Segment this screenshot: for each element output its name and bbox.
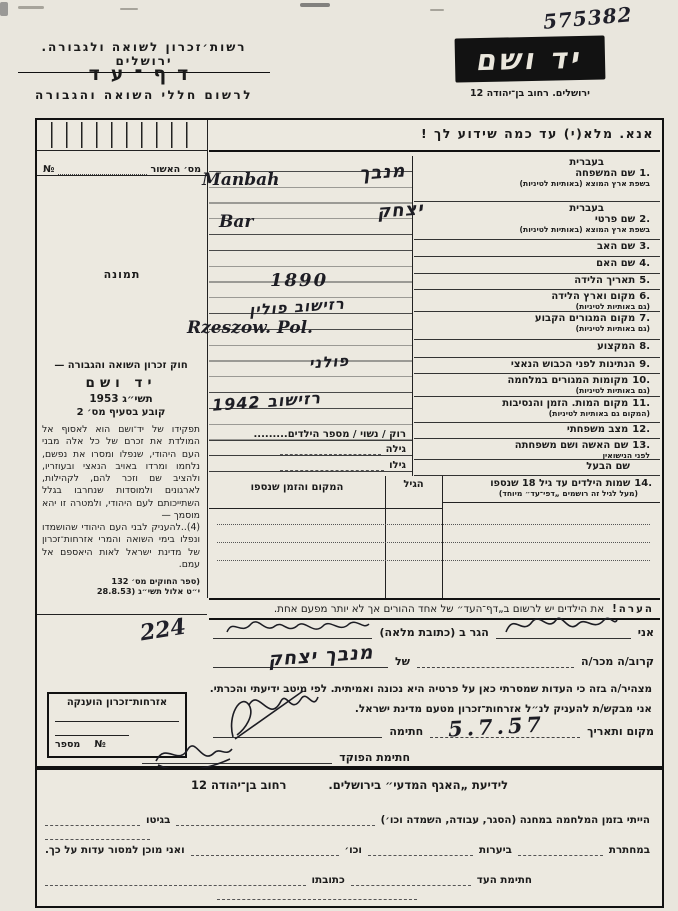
ghetto-blank <box>45 816 140 826</box>
field-9-citizenship: 9.הנתינות לפני הכבוש הנאצי <box>414 358 660 374</box>
field-2-first-name: בעברית 2.שם פרטי בשפת ארץ המוצא (באותיות… <box>414 202 660 240</box>
law-excerpt-box: חוק זכרון השואה והגבורה — יד ושם תשי״ג 1… <box>42 360 200 596</box>
law-reference-2: י״ט אלול תשי״ג (28.8.53 <box>42 586 200 596</box>
witness-address-continuation <box>217 890 417 900</box>
field-7-permanent-residence: 7.מקום המגורים הקבוע (גם באותיות לטיניות… <box>414 312 660 340</box>
witness-signature <box>225 685 321 743</box>
children-place-column-header: המקום והזמן שנספו <box>213 482 381 493</box>
wartime-camp-row: הייתי בזמן המלחמה במחנה (הסגר, עבודה, הש… <box>45 814 650 826</box>
field-4-mother-name: 4.שם האם <box>414 257 660 274</box>
handwritten-first-name-latin: Bar <box>219 212 253 232</box>
scan-speck <box>300 3 330 7</box>
field-husband-name: שם הבעל <box>414 460 660 476</box>
official-signature-blank <box>142 750 332 764</box>
forests-blank <box>368 846 473 856</box>
table-names-divider <box>442 476 443 598</box>
law-year: תשי״ג 1953 <box>42 393 200 405</box>
official-signature-row: חתימת הפוקד <box>142 750 410 764</box>
children-age-column-header: הגיל <box>385 479 442 490</box>
logo-address: ירושלים. רחוב בן־יהודה 12 <box>449 88 611 99</box>
table-header-rule <box>209 508 442 509</box>
law-name: יד ושם <box>42 375 200 391</box>
camp-blank <box>176 816 374 826</box>
scan-speck <box>430 9 444 11</box>
photo-placeholder-label: תמונה <box>37 268 207 281</box>
scan-speck <box>120 8 138 10</box>
field-6-birth-place: 6.מקום וארץ הלידה (גם באותיות לטיניות) <box>414 290 660 312</box>
left-column-divider <box>207 120 208 598</box>
handwritten-first-name-hebrew: יצחק <box>376 198 424 222</box>
underground-row: במחתרת ביערות וכו׳ ואני מוכן למסור עדות … <box>45 844 650 856</box>
grant-box-line <box>55 722 129 736</box>
grant-no-sign: № <box>94 739 105 750</box>
wife-age-row: גילה <box>209 441 412 456</box>
field-14-children-names: 14. שמות הילדים עד גיל 18 שנספו (מעל לגי… <box>442 476 660 503</box>
tick-strip-rule <box>37 150 207 151</box>
scanned-page-of-testimony: { "scan": { "serial_handwritten": "57538… <box>0 0 678 911</box>
declarant-name-signature <box>502 610 620 640</box>
marital-status-options: רוק / נשוי / מספר הילדים......... <box>209 425 412 441</box>
field-1-family-name: בעברית 1.שם המשפחה בשפת ארץ המוצא (באותי… <box>414 156 660 202</box>
wife-age-blank <box>280 445 381 455</box>
ghetto-blank-continuation <box>45 830 150 840</box>
approval-number-label: מס׳ האשור <box>151 164 201 175</box>
grant-box-title: אזרחות־זכרון הוענקה <box>55 697 179 708</box>
witness-address-blank <box>45 876 306 886</box>
scan-speck <box>0 2 8 16</box>
grant-number-label: מספר <box>55 739 80 750</box>
form-subtitle: לרשום חללי השואה והגבורה <box>18 88 270 102</box>
law-body: תפקידו של יד־ושם הוא לאסוף אל המולדת את … <box>42 424 200 571</box>
handwritten-relative-of: מנבך יצחק <box>268 641 375 670</box>
declarant-address-blank <box>213 625 372 639</box>
grant-box-line <box>55 708 179 722</box>
field-3-father-name: 3.שם האב <box>414 240 660 257</box>
witness-signature-blank <box>351 876 471 886</box>
main-form-box: אנא. מלא(י) עד כמה שידוע לך ! מס׳ האשור … <box>35 118 664 768</box>
relative-blank <box>417 654 574 668</box>
field-8-profession: 8.המקצוע <box>414 340 660 358</box>
yad-vashem-logo: יד ושם <box>455 35 606 82</box>
tick-strip <box>51 122 195 148</box>
field-13-wife-name: 13.שם האשה ושם משפחתה לפני הנישואין <box>414 439 660 460</box>
scan-speck <box>18 6 44 9</box>
table-dotted-row <box>217 524 650 525</box>
etc-blank <box>191 846 339 856</box>
table-dotted-row <box>217 542 650 543</box>
scientific-branch-box: לידיעת „האגף המדעי״ בירושלים. רחוב בן־יה… <box>35 768 664 908</box>
handwritten-family-name-hebrew: מנבך <box>358 160 406 184</box>
relative-of-blank: מנבך יצחק <box>213 654 388 668</box>
place-date-blank: 5.7.57 <box>430 724 580 738</box>
law-reference-1: (ספר החוקים מס׳ 132 <box>42 576 200 586</box>
form-title: דף־עד <box>18 63 270 85</box>
underground-blank <box>518 846 603 856</box>
handwritten-birth-year: 1890 <box>270 270 328 291</box>
field-12-marital-status: 12.מצב משפחתי <box>414 423 660 439</box>
law-title: חוק זכרון השואה והגבורה — <box>42 360 200 371</box>
field-labels-column: בעברית 1.שם המשפחה בשפת ארץ המוצא (באותי… <box>414 156 660 476</box>
declarant-row: אני הגר ב (כתובת מלאה) <box>213 625 654 639</box>
handwritten-date: 5.7.57 <box>448 711 546 741</box>
declarant-address-handwriting <box>223 614 373 640</box>
table-dotted-row <box>217 560 650 561</box>
approval-number-row: מס׳ האשור № <box>37 152 207 176</box>
witness-signature-row: חתימת העד כתובתו <box>45 874 532 886</box>
handwritten-serial-number: 575382 <box>542 2 633 34</box>
fill-instruction: אנא. מלא(י) עד כמה שידוע לך ! <box>421 126 654 141</box>
husband-age-blank <box>280 461 384 471</box>
handwritten-family-name-latin: Manbah <box>202 170 279 190</box>
signature-blank <box>213 724 382 738</box>
declarant-name-blank <box>496 625 631 639</box>
handwritten-sheet-number: 224 <box>138 614 187 647</box>
handwritten-citizenship: פולני <box>308 352 349 373</box>
table-age-divider <box>385 476 386 598</box>
field-5-birth-date: 5.תאריך הלידה <box>414 274 660 290</box>
footer-title: לידיעת „האגף המדעי״ בירושלים. <box>328 778 508 792</box>
field-11-place-of-death: 11.מקום המות. הזמן והנסיבות (המקום גם בא… <box>414 397 660 423</box>
footer-address: רחוב בן־יהודה 12 <box>191 778 286 792</box>
approval-no-sign: № <box>43 164 54 175</box>
field-10-wartime-residences: 10.מקומות המגורים במלחמה (גם באותיות לטי… <box>414 374 660 397</box>
relative-row: קרוב/ה מכר/ה של מנבך יצחק <box>213 654 654 668</box>
yad-vashem-logo-text: יד ושם <box>474 41 585 77</box>
footer-title-row: לידיעת „האגף המדעי״ בירושלים. רחוב בן־יה… <box>37 778 662 792</box>
law-section: קובע בסעיף מס׳ 2 <box>42 407 200 418</box>
handwritten-residence-latin: Rzeszow. Pol. <box>187 318 313 338</box>
instruction-underline <box>209 150 660 152</box>
approval-number-blank <box>58 164 146 175</box>
place-date-signature-row: מקום ותאריך 5.7.57 חתימה <box>213 724 654 738</box>
husband-age-row: גילו <box>209 456 412 472</box>
